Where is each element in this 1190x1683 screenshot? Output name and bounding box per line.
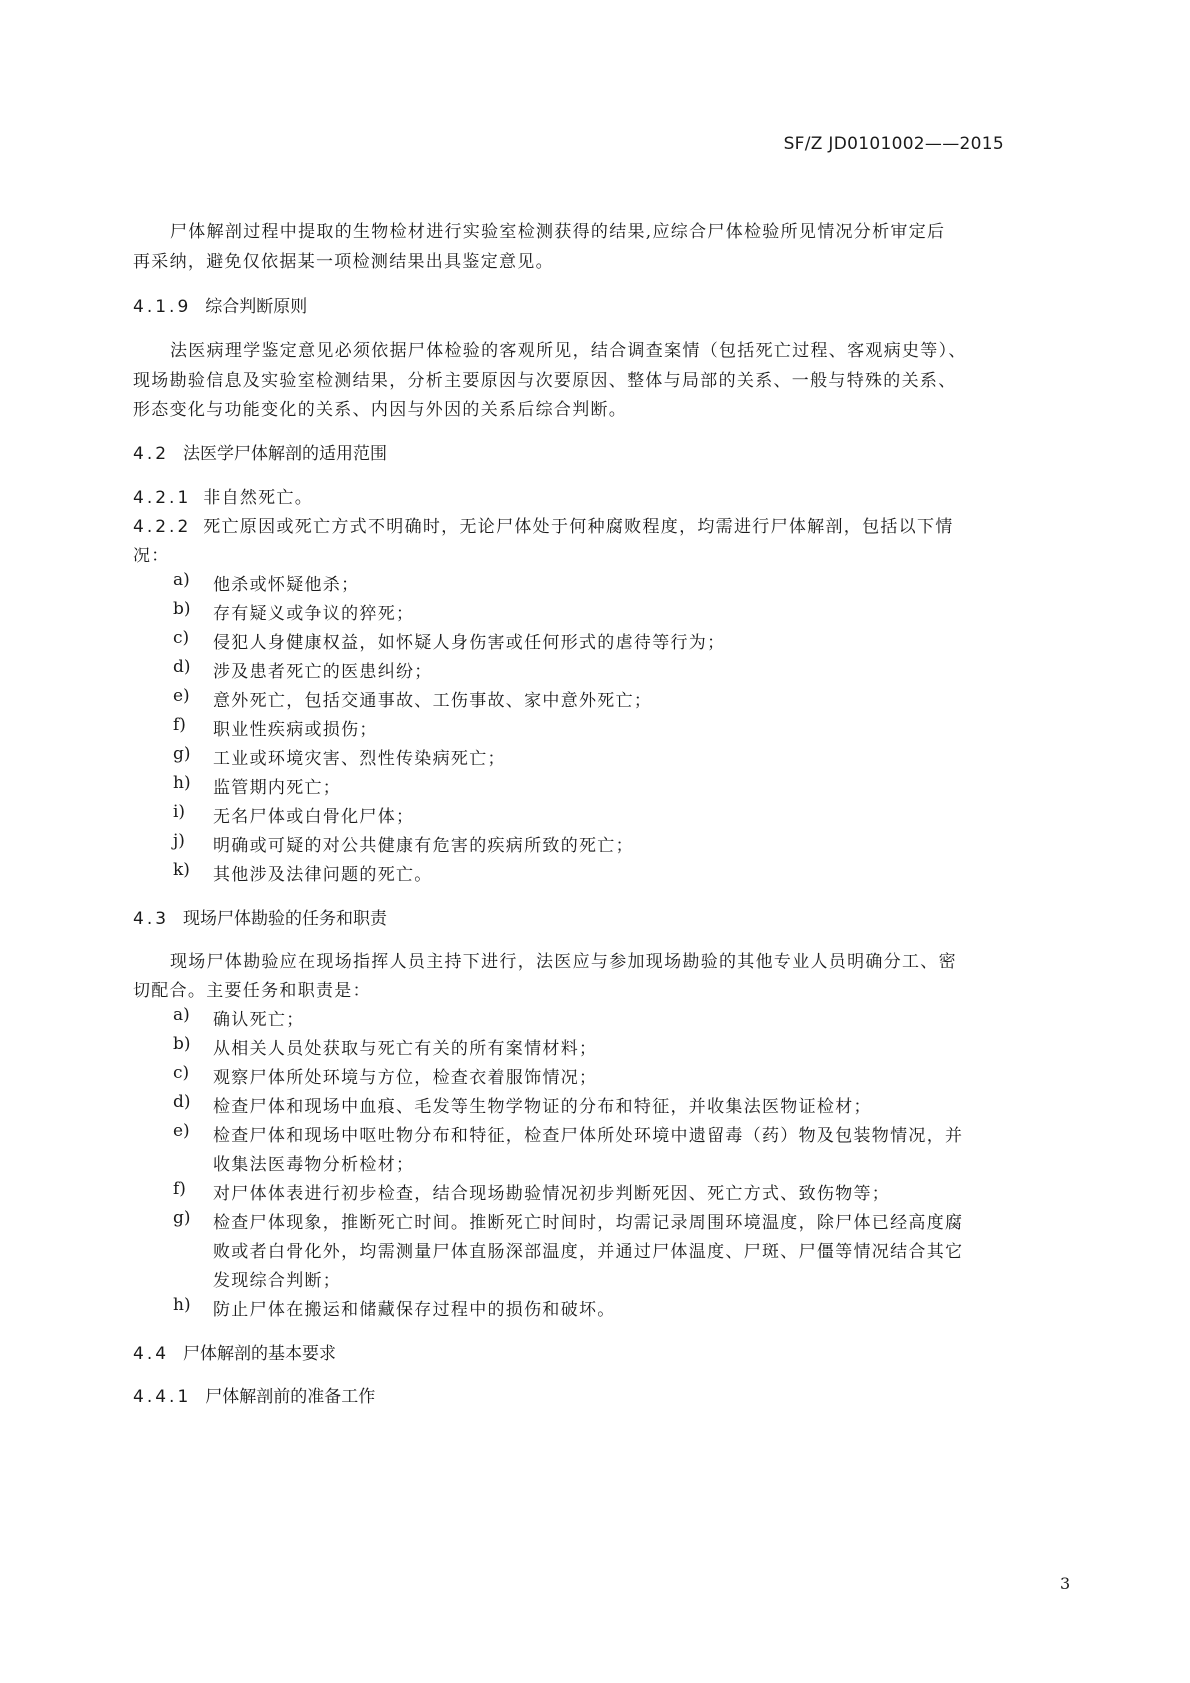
section-number: 4.3 bbox=[133, 909, 169, 929]
list-text: 明确或可疑的对公共健康有危害的疾病所致的死亡； bbox=[213, 831, 634, 856]
list-text: 工业或环境灾害、烈性传染病死亡； bbox=[213, 744, 506, 769]
clause-4-2-2: 4.2.2死亡原因或死亡方式不明确时，无论尸体处于何种腐败程度，均需进行尸体解剖… bbox=[133, 512, 954, 537]
paragraph-line: 法医病理学鉴定意见必须依据尸体检验的客观所见，结合调查案情（包括死亡过程、客观病… bbox=[170, 336, 967, 361]
paragraph-line: 现场尸体勘验应在现场指挥人员主持下进行，法医应与参加现场勘验的其他专业人员明确分… bbox=[170, 947, 957, 972]
section-number: 4.1.9 bbox=[133, 297, 191, 317]
section-number: 4.4.1 bbox=[133, 1387, 191, 1407]
paragraph-line: 尸体解剖过程中提取的生物检材进行实验室检测获得的结果,应综合尸体检验所见情况分析… bbox=[170, 217, 945, 242]
list-label: c) bbox=[173, 628, 189, 648]
list-text: 对尸体体表进行初步检查，结合现场勘验情况初步判断死因、死亡方式、致伤物等； bbox=[213, 1179, 890, 1204]
list-text: 职业性疾病或损伤； bbox=[213, 715, 378, 740]
clause-4-2-1: 4.2.1非自然死亡。 bbox=[133, 483, 313, 508]
section-heading-4-1-9: 4.1.9综合判断原则 bbox=[133, 292, 307, 317]
list-label: e) bbox=[173, 686, 190, 706]
clause-text: 死亡原因或死亡方式不明确时，无论尸体处于何种腐败程度，均需进行尸体解剖，包括以下… bbox=[203, 517, 953, 537]
list-text: 收集法医毒物分析检材； bbox=[213, 1150, 414, 1175]
list-text: 检查尸体和现场中呕吐物分布和特征，检查尸体所处环境中遗留毒（药）物及包装物情况，… bbox=[213, 1121, 963, 1146]
list-text: 无名尸体或白骨化尸体； bbox=[213, 802, 414, 827]
section-title: 综合判断原则 bbox=[205, 297, 307, 317]
paragraph-line: 再采纳，避免仅依据某一项检测结果出具鉴定意见。 bbox=[133, 247, 554, 272]
list-text: 观察尸体所处环境与方位，检查衣着服饰情况； bbox=[213, 1063, 597, 1088]
list-label: j) bbox=[173, 831, 185, 851]
section-heading-4-4: 4.4尸体解剖的基本要求 bbox=[133, 1339, 336, 1364]
list-label: b) bbox=[173, 1034, 191, 1054]
list-text: 存有疑义或争议的猝死； bbox=[213, 599, 414, 624]
page-number: 3 bbox=[1060, 1574, 1070, 1593]
section-title: 尸体解剖前的准备工作 bbox=[205, 1387, 375, 1407]
clause-number: 4.2.1 bbox=[133, 488, 191, 508]
list-label: e) bbox=[173, 1121, 190, 1141]
list-text: 从相关人员处获取与死亡有关的所有案情材料； bbox=[213, 1034, 597, 1059]
list-text: 其他涉及法律问题的死亡。 bbox=[213, 860, 433, 885]
list-label: g) bbox=[173, 744, 191, 764]
list-label: k) bbox=[173, 860, 190, 880]
clause-number: 4.2.2 bbox=[133, 517, 191, 537]
document-code-header: SF/Z JD0101002——2015 bbox=[784, 134, 1004, 154]
paragraph-line: 形态变化与功能变化的关系、内因与外因的关系后综合判断。 bbox=[133, 395, 627, 420]
section-heading-4-3: 4.3现场尸体勘验的任务和职责 bbox=[133, 904, 387, 929]
clause-text: 非自然死亡。 bbox=[203, 488, 313, 508]
paragraph-line: 现场勘验信息及实验室检测结果，分析主要原因与次要原因、整体与局部的关系、一般与特… bbox=[133, 366, 957, 391]
section-heading-4-2: 4.2法医学尸体解剖的适用范围 bbox=[133, 439, 387, 464]
list-label: h) bbox=[173, 1295, 191, 1315]
list-label: f) bbox=[173, 1179, 186, 1199]
list-label: h) bbox=[173, 773, 191, 793]
paragraph-line: 切配合。主要任务和职责是： bbox=[133, 976, 371, 1001]
list-text: 意外死亡，包括交通事故、工伤事故、家中意外死亡； bbox=[213, 686, 652, 711]
list-label: i) bbox=[173, 802, 185, 822]
clause-continuation: 况： bbox=[133, 541, 170, 566]
list-text: 确认死亡； bbox=[213, 1005, 305, 1030]
list-text: 败或者白骨化外，均需测量尸体直肠深部温度，并通过尸体温度、尸斑、尸僵等情况结合其… bbox=[213, 1237, 963, 1262]
list-text: 监管期内死亡； bbox=[213, 773, 341, 798]
list-label: f) bbox=[173, 715, 186, 735]
list-text: 检查尸体和现场中血痕、毛发等生物学物证的分布和特征，并收集法医物证检材； bbox=[213, 1092, 872, 1117]
list-text: 涉及患者死亡的医患纠纷； bbox=[213, 657, 433, 682]
list-label: g) bbox=[173, 1208, 191, 1228]
section-number: 4.2 bbox=[133, 444, 169, 464]
list-text: 他杀或怀疑他杀； bbox=[213, 570, 359, 595]
list-label: c) bbox=[173, 1063, 189, 1083]
list-label: a) bbox=[173, 1005, 190, 1025]
list-label: d) bbox=[173, 657, 191, 677]
list-label: d) bbox=[173, 1092, 191, 1112]
list-label: b) bbox=[173, 599, 191, 619]
section-number: 4.4 bbox=[133, 1344, 169, 1364]
list-label: a) bbox=[173, 570, 190, 590]
list-text: 侵犯人身健康权益，如怀疑人身伤害或任何形式的虐待等行为； bbox=[213, 628, 725, 653]
list-text: 发现综合判断； bbox=[213, 1266, 341, 1291]
section-title: 现场尸体勘验的任务和职责 bbox=[183, 909, 387, 929]
section-heading-4-4-1: 4.4.1尸体解剖前的准备工作 bbox=[133, 1382, 375, 1407]
section-title: 尸体解剖的基本要求 bbox=[183, 1344, 336, 1364]
section-title: 法医学尸体解剖的适用范围 bbox=[183, 444, 387, 464]
list-text: 检查尸体现象，推断死亡时间。推断死亡时间时，均需记录周围环境温度，除尸体已经高度… bbox=[213, 1208, 963, 1233]
list-text: 防止尸体在搬运和储藏保存过程中的损伤和破坏。 bbox=[213, 1295, 616, 1320]
